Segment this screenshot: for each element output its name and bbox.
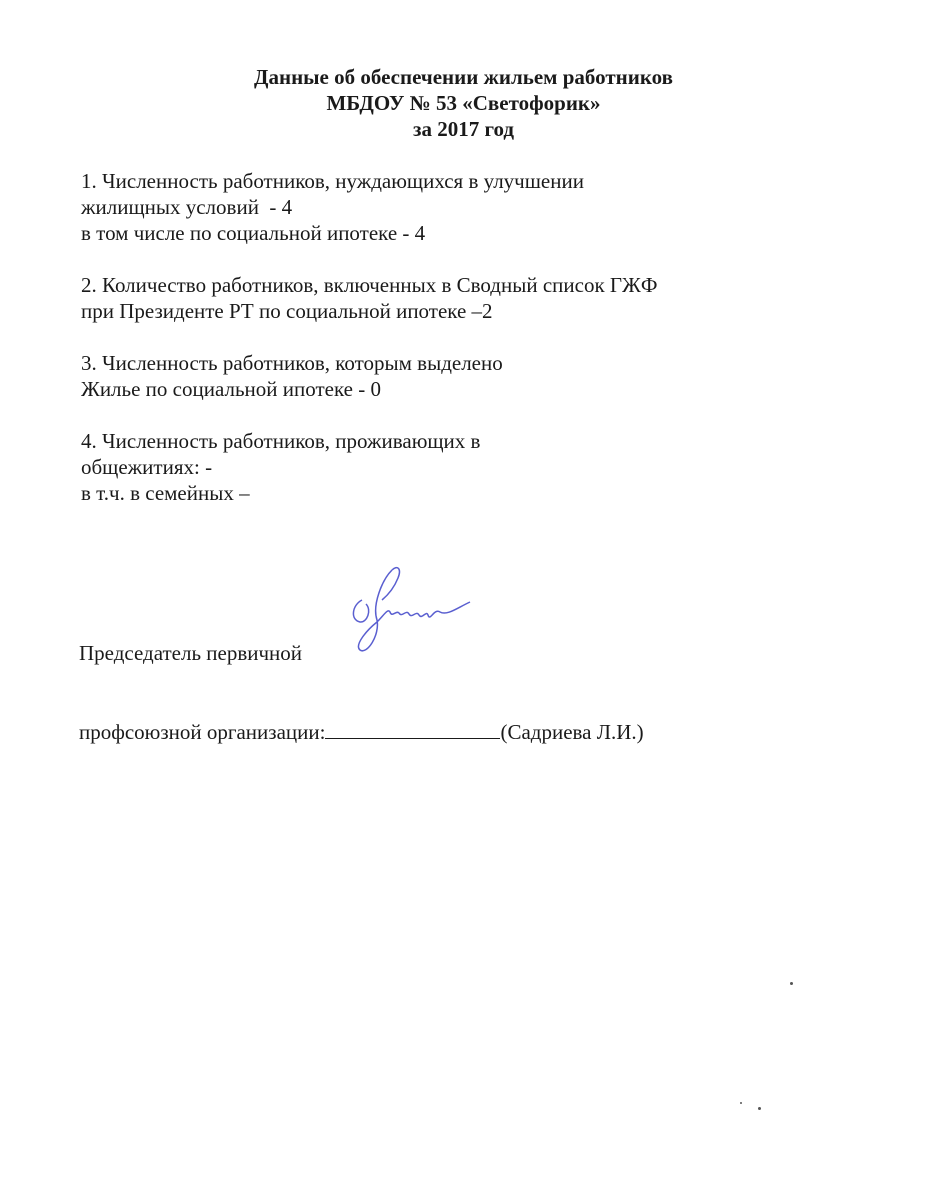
document-body: 1. Численность работников, нуждающихся в… xyxy=(81,168,721,532)
scan-speck xyxy=(758,1107,761,1110)
handwritten-signature xyxy=(322,560,492,660)
scan-speck xyxy=(790,982,793,985)
item-3-line-2: Жилье по социальной ипотеке - 0 xyxy=(81,376,721,402)
item-3: 3. Численность работников, которым выдел… xyxy=(81,350,721,402)
signer-name: (Садриева Л.И.) xyxy=(500,720,643,744)
item-1-line-3: в том числе по социальной ипотеке - 4 xyxy=(81,220,721,246)
item-2: 2. Количество работников, включенных в С… xyxy=(81,272,721,324)
item-1-line-1: 1. Численность работников, нуждающихся в… xyxy=(81,168,721,194)
item-4-line-2: общежитиях: - xyxy=(81,454,721,480)
signer-title-line-2: профсоюзной организации: xyxy=(79,720,325,744)
item-3-line-1: 3. Численность работников, которым выдел… xyxy=(81,350,721,376)
item-4-line-1: 4. Численность работников, проживающих в xyxy=(81,428,721,454)
item-2-line-2: при Президенте РТ по социальной ипотеке … xyxy=(81,298,721,324)
item-1-line-2: жилищных условий - 4 xyxy=(81,194,721,220)
item-2-line-1: 2. Количество работников, включенных в С… xyxy=(81,272,721,298)
item-4: 4. Численность работников, проживающих в… xyxy=(81,428,721,506)
title-line-3: за 2017 год xyxy=(0,116,927,142)
item-4-line-3: в т.ч. в семейных – xyxy=(81,480,721,506)
title-line-2: МБДОУ № 53 «Светофорик» xyxy=(0,90,927,116)
title-line-1: Данные об обеспечении жильем работников xyxy=(0,64,927,90)
scan-speck xyxy=(740,1102,742,1104)
document-title: Данные об обеспечении жильем работников … xyxy=(0,64,927,142)
item-1: 1. Численность работников, нуждающихся в… xyxy=(81,168,721,246)
signature-line xyxy=(325,718,500,739)
